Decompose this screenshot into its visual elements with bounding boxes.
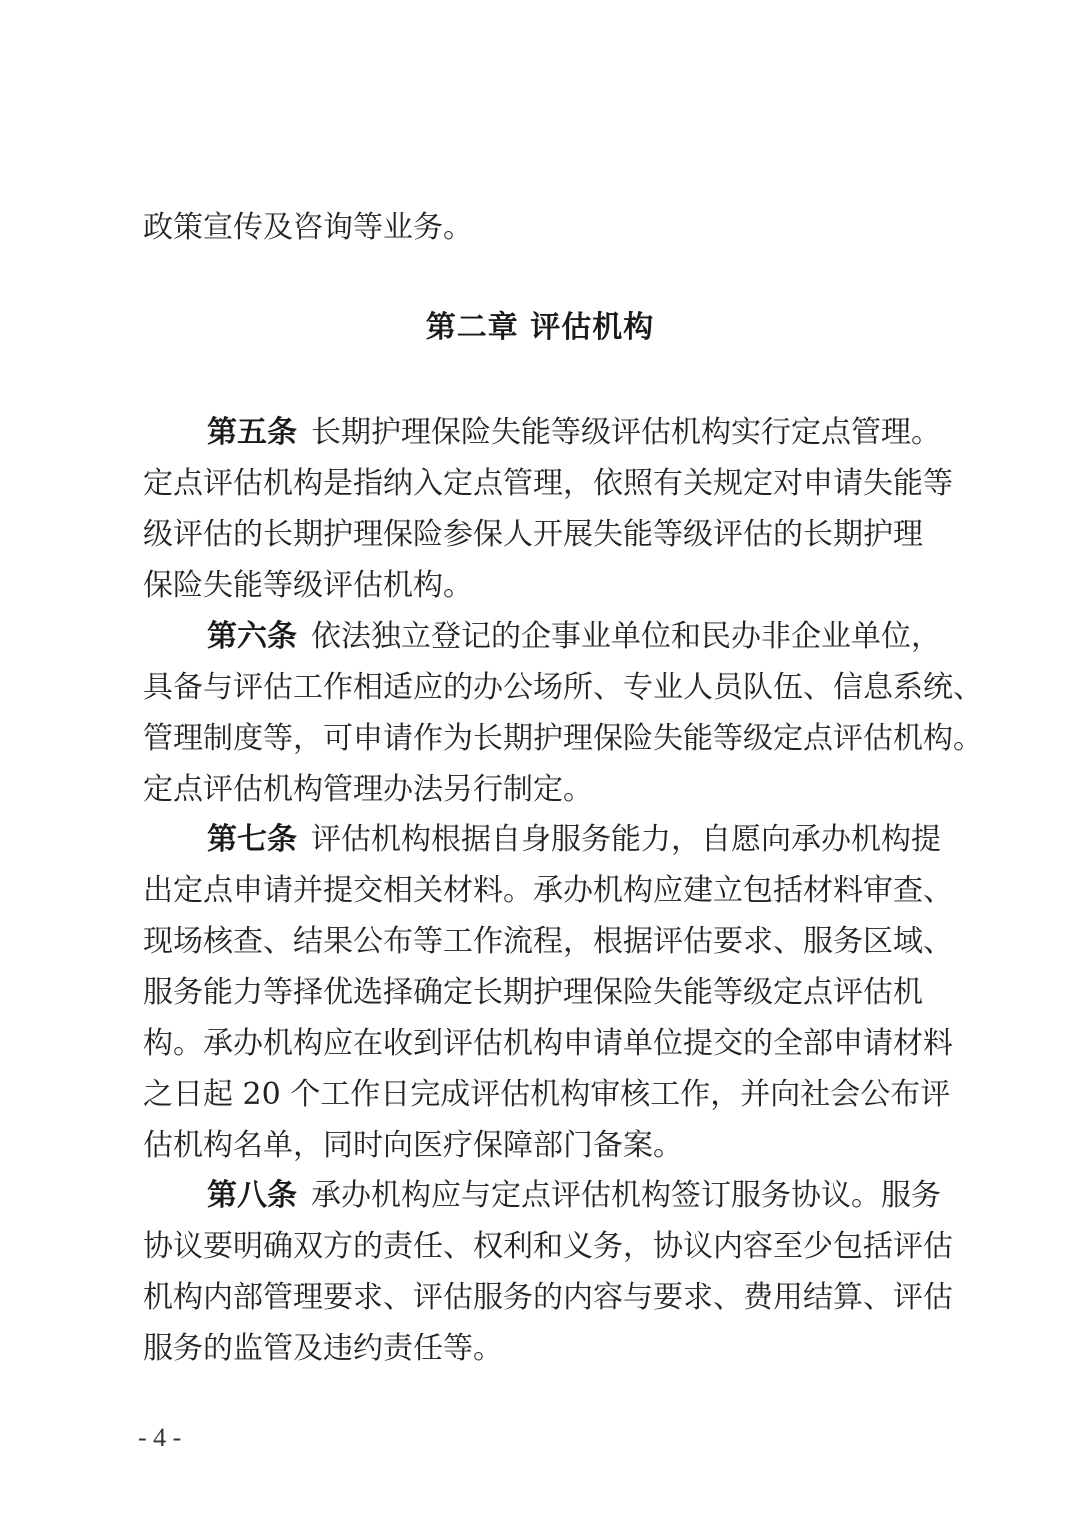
article-7-line: 服务能力等择优选择确定长期护理保险失能等级定点评估机 [143, 973, 919, 1013]
article-7-line: 之日起 20 个工作日完成评估机构审核工作，并向社会公布评 [143, 1075, 919, 1115]
article-7-text: 评估机构根据自身服务能力，自愿向承办机构提 [311, 822, 941, 857]
article-7-line: 现场核查、结果公布等工作流程，根据评估要求、服务区域、 [143, 922, 919, 962]
article-5-line: 保险失能等级评估机构。 [143, 566, 919, 606]
carryover-text-line: 政策宣传及咨询等业务。 [143, 208, 919, 248]
article-7-label: 第七条 [207, 822, 297, 857]
article-5-text: 长期护理保险失能等级评估机构实行定点管理。 [311, 415, 941, 450]
article-6-first-line: 第六条依法独立登记的企事业单位和民办非企业单位， [207, 617, 919, 657]
article-8-line: 协议要明确双方的责任、权利和义务，协议内容至少包括评估 [143, 1227, 919, 1267]
article-5-line: 级评估的长期护理保险参保人开展失能等级评估的长期护理 [143, 515, 919, 555]
article-6-line: 具备与评估工作相适应的办公场所、专业人员队伍、信息系统、 [143, 668, 919, 708]
article-6-line: 管理制度等，可申请作为长期护理保险失能等级定点评估机构。 [143, 719, 919, 759]
article-7-line: 出定点申请并提交相关材料。承办机构应建立包括材料审查、 [143, 871, 919, 911]
article-6-label: 第六条 [207, 619, 297, 654]
page-number: - 4 - [138, 1420, 181, 1456]
article-8-text: 承办机构应与定点评估机构签订服务协议。服务 [311, 1178, 941, 1213]
article-7-first-line: 第七条评估机构根据自身服务能力，自愿向承办机构提 [207, 820, 919, 860]
chapter-title: 第二章 评估机构 [0, 308, 1080, 348]
article-5-line: 定点评估机构是指纳入定点管理，依照有关规定对申请失能等 [143, 464, 919, 504]
article-7-line: 估机构名单，同时向医疗保障部门备案。 [143, 1126, 919, 1166]
article-7-line: 构。承办机构应在收到评估机构申请单位提交的全部申请材料 [143, 1024, 919, 1064]
article-8-line: 机构内部管理要求、评估服务的内容与要求、费用结算、评估 [143, 1278, 919, 1318]
article-6-text: 依法独立登记的企事业单位和民办非企业单位， [311, 619, 941, 654]
document-page: 政策宣传及咨询等业务。 第二章 评估机构 第五条长期护理保险失能等级评估机构实行… [0, 0, 1080, 1527]
article-8-label: 第八条 [207, 1178, 297, 1213]
article-5-first-line: 第五条长期护理保险失能等级评估机构实行定点管理。 [207, 413, 919, 453]
article-8-line: 服务的监管及违约责任等。 [143, 1329, 919, 1369]
article-5-label: 第五条 [207, 415, 297, 450]
article-6-line: 定点评估机构管理办法另行制定。 [143, 770, 919, 810]
article-8-first-line: 第八条承办机构应与定点评估机构签订服务协议。服务 [207, 1176, 919, 1216]
